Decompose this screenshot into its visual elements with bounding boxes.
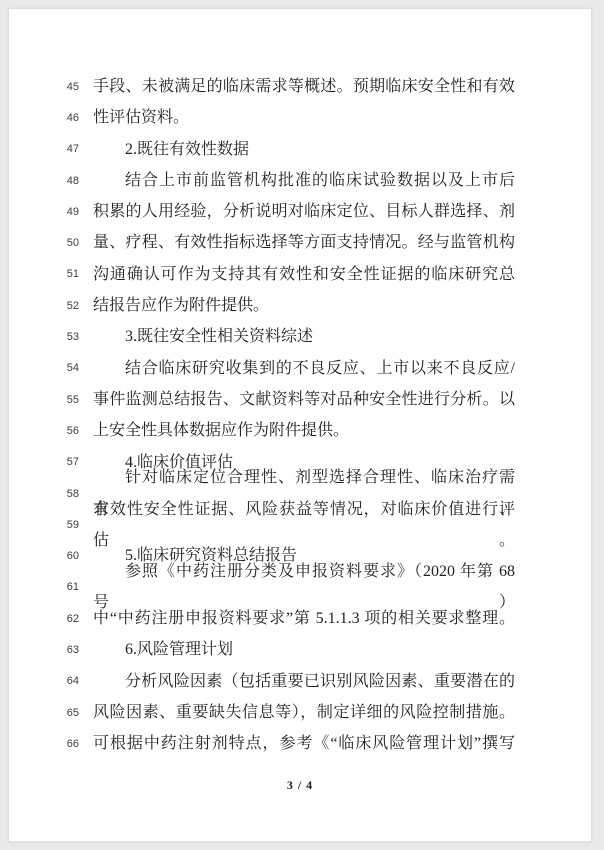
line-text: 分析风险因素（包括重要已识别风险因素、重要潜在的 [93,666,515,697]
document-viewer-background: { "page": { "colors": { "background": "#… [0,0,604,850]
text-line: 46 性评估资料。 [9,102,591,133]
line-number: 60 [17,550,79,562]
line-number: 62 [17,613,79,625]
text-line: 45 手段、未被满足的临床需求等概述。预期临床安全性和有效 [9,71,591,102]
line-text: 中“中药注册申报资料要求”第 5.1.1.3 项的相关要求整理。 [93,603,515,634]
text-line: 51 沟通确认可作为支持其有效性和安全性证据的临床研究总 [9,259,591,290]
line-text: 可根据中药注射剂特点，参考《“临床风险管理计划”撰写 [93,728,515,759]
line-number: 57 [17,456,79,468]
line-text: 6.风险管理计划 [93,634,515,665]
text-line: 48 结合上市前监管机构批准的临床试验数据以及上市后 [9,165,591,196]
line-number: 65 [17,707,79,719]
line-text: 风险因素、重要缺失信息等），制定详细的风险控制措施。 [93,697,515,728]
text-line: 63 6.风险管理计划 [9,634,591,665]
text-line: 59 有效性安全性证据、风险获益等情况，对临床价值进行评估。 [9,509,591,540]
line-number: 47 [17,143,79,155]
line-number: 54 [17,362,79,374]
line-text: 3.既往安全性相关资料综述 [93,321,515,352]
line-number: 56 [17,425,79,437]
text-line: 55 事件监测总结报告、文献资料等对品种安全性进行分析。以 [9,384,591,415]
text-line: 54 结合临床研究收集到的不良反应、上市以来不良反应/ [9,353,591,384]
line-number: 46 [17,112,79,124]
text-line: 47 2.既往有效性数据 [9,134,591,165]
line-text: 积累的人用经验，分析说明对临床定位、目标人群选择、剂 [93,196,515,227]
text-line: 52 结报告应作为附件提供。 [9,290,591,321]
page-content: 45 手段、未被满足的临床需求等概述。预期临床安全性和有效 46 性评估资料。 … [9,9,591,760]
text-line: 65 风险因素、重要缺失信息等），制定详细的风险控制措施。 [9,697,591,728]
line-text: 沟通确认可作为支持其有效性和安全性证据的临床研究总 [93,259,515,290]
line-number: 48 [17,175,79,187]
text-line: 49 积累的人用经验，分析说明对临床定位、目标人群选择、剂 [9,196,591,227]
text-line: 61 参照《中药注册分类及申报资料要求》（2020 年第 68 号） [9,572,591,603]
page-number: 3 / 4 [9,778,591,793]
line-number: 45 [17,81,79,93]
text-line: 64 分析风险因素（包括重要已识别风险因素、重要潜在的 [9,666,591,697]
line-number: 50 [17,237,79,249]
line-number: 63 [17,644,79,656]
document-page: 45 手段、未被满足的临床需求等概述。预期临床安全性和有效 46 性评估资料。 … [8,8,592,842]
line-text: 结报告应作为附件提供。 [93,290,515,321]
line-text: 2.既往有效性数据 [93,134,515,165]
text-line: 56 上安全性具体数据应作为附件提供。 [9,415,591,446]
text-line: 62 中“中药注册申报资料要求”第 5.1.1.3 项的相关要求整理。 [9,603,591,634]
line-text: 结合临床研究收集到的不良反应、上市以来不良反应/ [93,353,515,384]
line-number: 59 [17,519,79,531]
line-number: 51 [17,268,79,280]
line-number: 55 [17,394,79,406]
text-line: 66 可根据中药注射剂特点，参考《“临床风险管理计划”撰写 [9,728,591,759]
line-number: 64 [17,675,79,687]
line-text: 手段、未被满足的临床需求等概述。预期临床安全性和有效 [93,71,515,102]
line-number: 53 [17,331,79,343]
line-number: 66 [17,738,79,750]
line-text: 事件监测总结报告、文献资料等对品种安全性进行分析。以 [93,384,515,415]
line-number: 58 [17,488,79,500]
line-text: 量、疗程、有效性指标选择等方面支持情况。经与监管机构 [93,227,515,258]
line-text: 上安全性具体数据应作为附件提供。 [93,415,515,446]
line-number: 52 [17,300,79,312]
text-line: 50 量、疗程、有效性指标选择等方面支持情况。经与监管机构 [9,227,591,258]
line-text: 性评估资料。 [93,102,515,133]
line-text: 结合上市前监管机构批准的临床试验数据以及上市后 [93,165,515,196]
text-line: 53 3.既往安全性相关资料综述 [9,321,591,352]
line-number: 49 [17,206,79,218]
line-number: 61 [17,581,79,593]
